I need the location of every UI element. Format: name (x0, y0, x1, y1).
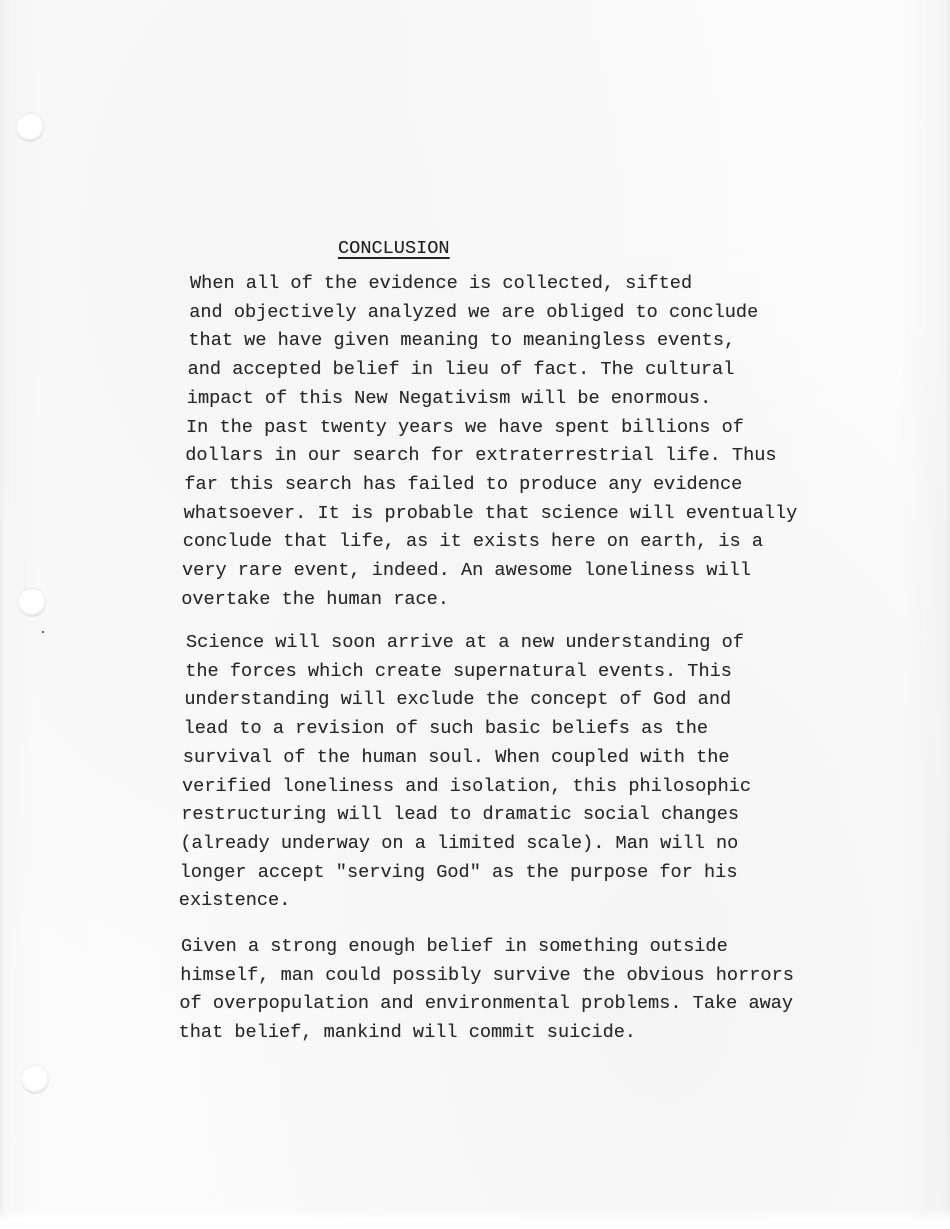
text-line: existence. (179, 890, 291, 912)
text-line: longer accept "serving God" as the purpo… (180, 862, 738, 884)
paper-bottom-edge (0, 1209, 950, 1229)
text-line: far this search has failed to produce an… (184, 474, 742, 496)
text-line: very rare event, indeed. An awesome lone… (182, 560, 751, 582)
text-line: understanding will exclude the concept o… (184, 689, 731, 711)
text-line: that belief, mankind will commit suicide… (179, 1022, 636, 1044)
text-line: impact of this New Negativism will be en… (187, 388, 711, 410)
text-line: and objectively analyzed we are obliged … (189, 302, 758, 324)
text-line: himself, man could possibly survive the … (180, 965, 794, 987)
text-line: conclude that life, as it exists here on… (183, 531, 763, 553)
text-line: dollars in our search for extraterrestri… (185, 445, 776, 467)
text-line: restructuring will lead to dramatic soci… (181, 804, 739, 826)
text-line: the forces which create supernatural eve… (185, 661, 732, 683)
paper-page: CONCLUSION When all of the evidence is c… (0, 0, 950, 1229)
punch-hole (16, 114, 44, 142)
text-line: and accepted belief in lieu of fact. The… (188, 359, 735, 381)
text-line: overtake the human race. (181, 589, 449, 611)
text-line: survival of the human soul. When coupled… (183, 747, 730, 769)
text-line: whatsoever. It is probable that science … (184, 503, 798, 525)
text-line: verified loneliness and isolation, this … (182, 776, 751, 798)
text-line: When all of the evidence is collected, s… (190, 273, 692, 295)
punch-hole (18, 589, 46, 617)
text-line: (already underway on a limited scale). M… (180, 833, 738, 855)
text-line: Given a strong enough belief in somethin… (181, 936, 728, 958)
text-line: Science will soon arrive at a new unders… (186, 632, 744, 654)
page-title: CONCLUSION (338, 238, 450, 259)
paper-speck (42, 631, 44, 633)
punch-hole (21, 1066, 49, 1094)
text-line: lead to a revision of such basic beliefs… (184, 718, 708, 740)
text-line: In the past twenty years we have spent b… (186, 417, 744, 439)
text-line: that we have given meaning to meaningles… (188, 330, 735, 352)
text-line: of overpopulation and environmental prob… (179, 993, 793, 1015)
